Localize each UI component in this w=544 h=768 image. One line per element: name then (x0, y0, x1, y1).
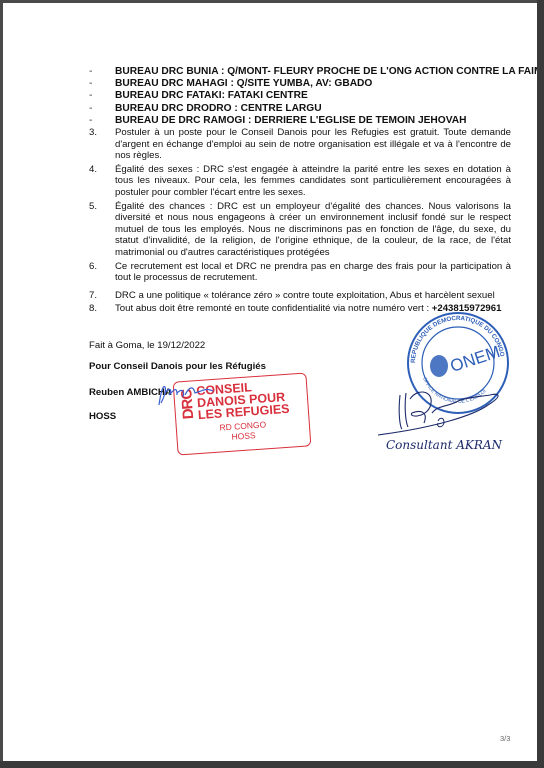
office-item: -BUREAU DRC FATAKI: FATAKI CENTRE (89, 90, 542, 102)
office-item: -BUREAU DRC DRODRO : CENTRE LARGU (89, 103, 542, 115)
organization-line: Pour Conseil Danois pour les Réfugiés (89, 361, 266, 372)
initials-signature-icon (155, 381, 215, 411)
svg-text:Consultant AKRAN: Consultant AKRAN (386, 438, 503, 452)
consultant-signature-icon: Consultant AKRAN (378, 383, 528, 453)
frame-edge-right (537, 0, 544, 768)
frame-edge-bottom (0, 761, 544, 768)
list-item: 5.Égalité des chances : DRC est un emplo… (89, 201, 511, 259)
document-page: -BUREAU DRC BUNIA : Q/MONT- FLEURY PROCH… (3, 3, 537, 761)
list-item: 7.DRC a une politique « tolérance zéro »… (89, 290, 511, 302)
office-item: -BUREAU DRC MAHAGI : Q/SITE YUMBA, AV: G… (89, 78, 542, 90)
place-date: Fait à Goma, le 19/12/2022 (89, 340, 205, 351)
office-list: -BUREAU DRC BUNIA : Q/MONT- FLEURY PROCH… (89, 66, 542, 127)
numbered-list: 3.Postuler à un poste pour le Conseil Da… (89, 127, 511, 317)
list-item: 3.Postuler à un poste pour le Conseil Da… (89, 127, 511, 162)
page-number: 3/3 (500, 734, 510, 743)
office-item: -BUREAU DE DRC RAMOGI : DERRIERE L'EGLIS… (89, 115, 542, 127)
svg-text:ONEM: ONEM (448, 342, 502, 376)
signatory-role: HOSS (89, 411, 116, 422)
list-item: 6.Ce recrutement est local et DRC ne pre… (89, 261, 511, 284)
list-item: 4.Égalité des sexes : DRC s'est engagée … (89, 164, 511, 199)
office-item: -BUREAU DRC BUNIA : Q/MONT- FLEURY PROCH… (89, 66, 542, 78)
